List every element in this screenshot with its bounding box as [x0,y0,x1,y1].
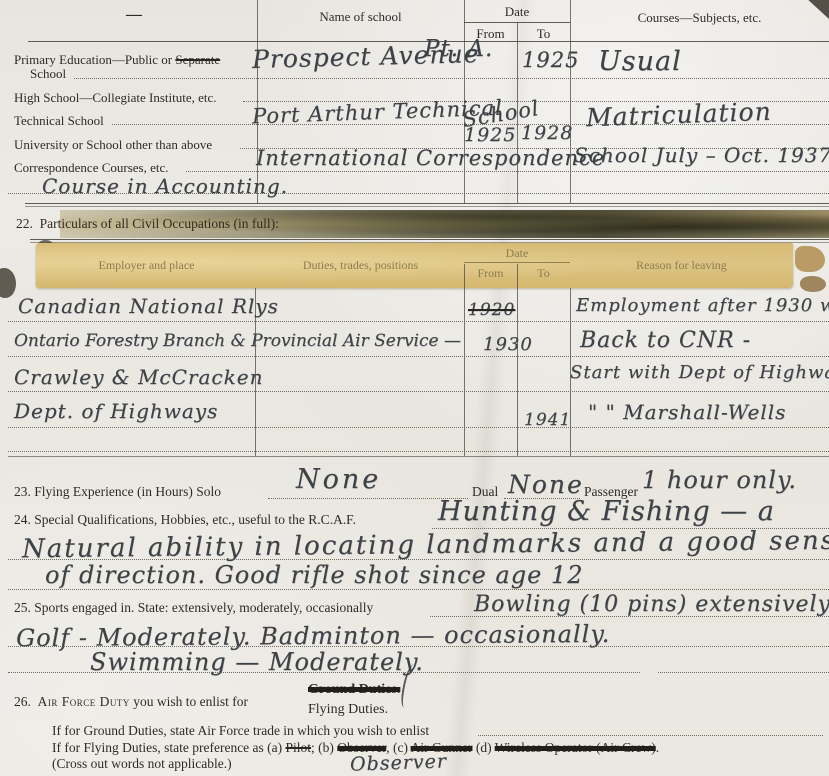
edu-hw-courses3: School July – Oct. 1937 [574,143,829,167]
civil-row4-to: 1941 [524,410,571,430]
sec23-label: 23. Flying Experience (in Hours) Solo [14,484,221,500]
sec26-hw-preference: Observer [350,750,448,775]
edu-hw-school1-extra: Pt. A. [424,36,493,62]
torn-tape-right-1 [795,246,825,272]
sec26-ground-duties: Ground Duties. [308,682,400,698]
sec23-hw-passenger: 1 hour only. [642,466,797,494]
sec25-label: 25. Sports engaged in. State: extensivel… [14,600,373,616]
edu-hw-courses1: Usual [598,46,682,77]
civil-header-date: Date [464,246,570,261]
edu-dots-row5 [186,171,829,172]
edu-row2-label: High School—Collegiate Institute, etc. [14,90,217,106]
sec22-bottomline-1 [30,239,829,240]
edu-hw-to2: 1928 [521,122,573,144]
sec22-title-text: Particulars of all Civil Occupations (in… [40,216,279,231]
edu-hw-courses2: Matriculation [586,97,773,132]
civil-header-duties: Duties, trades, positions [257,258,464,273]
civil-dots-row5 [8,451,829,452]
sec22-number: 22. [16,216,33,231]
sec22-topline-1 [25,203,829,204]
edu-row4-label: University or School other than above [14,137,212,153]
sec26-ground-note: If for Ground Duties, state Air Force tr… [52,723,429,739]
edu-hw-from2: 1925 [464,124,516,146]
edu-header-date: Date [464,4,570,20]
civil-dots-row1 [8,321,829,322]
scanned-form-page: — Name of school Date From To Courses—Su… [0,0,829,776]
edu-hw-school3: International Correspondence [256,146,605,170]
edu-header-to: To [517,26,570,42]
edu-hw-continuation: Course in Accounting. [42,174,288,198]
civil-row4-employer: Dept. of Highways [14,399,218,423]
civil-row1-employer: Canadian National Rlys [18,294,279,318]
sec24-label: 24. Special Qualifications, Hobbies, etc… [14,512,356,528]
edu-dots-row1 [74,78,829,79]
civil-bottom-rule [8,456,829,457]
sec24-hw-line3: of direction. Good rifle shot since age … [45,561,583,589]
sec26-flying-duties: Flying Duties. [308,702,388,718]
civil-row2-reason: Back to CNR - [580,328,751,353]
civil-dots-row4 [8,427,829,428]
civil-row1-from-struck: 1920 [468,300,515,320]
civil-date-underline [464,262,570,263]
civil-row4-reason: " " Marshall-Wells [588,400,786,424]
sec26-flying-note-a: If for Flying Duties, state preference a… [52,740,286,755]
civil-dots-row3 [8,391,829,392]
sec25-dots-2 [8,646,829,647]
sec25-dots-3b [658,672,829,673]
edu-row1-label-line2: School [30,66,66,82]
sec24-dots-3 [8,589,829,590]
sec26-title-rest: you wish to enlist for [130,694,248,709]
sec26-end: . [656,740,659,755]
civil-row3-reason: Start with Dept of Highways [570,362,829,383]
top-dash: — [126,6,142,24]
sec22-title: 22. Particulars of all Civil Occupations… [16,216,279,232]
edu-header-school: Name of school [257,9,464,25]
edu-row1-label-struck: Separate [175,52,220,67]
sec26-sep3: (d) [472,740,494,755]
edu-hw-to1: 1925 [522,48,579,72]
edu-header-courses: Courses—Subjects, etc. [570,10,829,26]
sec26-ground-note-dots [478,735,823,736]
edu-row3-label: Technical School [14,113,104,129]
sec25-hw-line1: Bowling (10 pins) extensively [474,592,829,617]
sec26-option-wireless: Wireless Operator (Air Crew) [495,740,656,755]
sec24-dots-2 [8,559,829,560]
tape-remnant-left [0,268,16,298]
sec26-cross-note: (Cross out words not applicable.) [52,756,232,772]
sec26-sep1: ; (b) [311,740,337,755]
civil-row1-reason: Employment after 1930 was not [576,295,829,316]
civil-row3-employer: Crawley & McCracken [14,365,263,389]
sec26-title-caps: Air Force Duty [38,694,130,709]
sec24-hw-line1: Hunting & Fishing — a [438,496,775,527]
sec25-dots-3a [8,672,640,673]
civil-header-employer: Employer and place [36,258,257,273]
sec26-number: 26. [14,694,31,709]
sec23-hw-solo: None [296,464,381,495]
civil-row2-employer: Ontario Forestry Branch & Provincial Air… [14,331,461,351]
civil-dots-row2 [8,356,829,357]
civil-row2-from: 1930 [483,334,533,355]
edu-row1-label-a: Primary Education—Public or [14,52,175,67]
civil-header-to: To [517,266,570,281]
civil-header-from: From [464,266,517,281]
torn-tape-right-2 [800,276,826,292]
sec26-label: 26. Air Force Duty you wish to enlist fo… [14,694,248,710]
sec22-topline-2 [25,206,829,207]
sec23-hw-dual: None [508,470,584,499]
edu-date-underline [464,22,570,23]
sec26-option-pilot: Pilot [286,740,312,755]
civil-header-reason: Reason for leaving [570,258,793,273]
